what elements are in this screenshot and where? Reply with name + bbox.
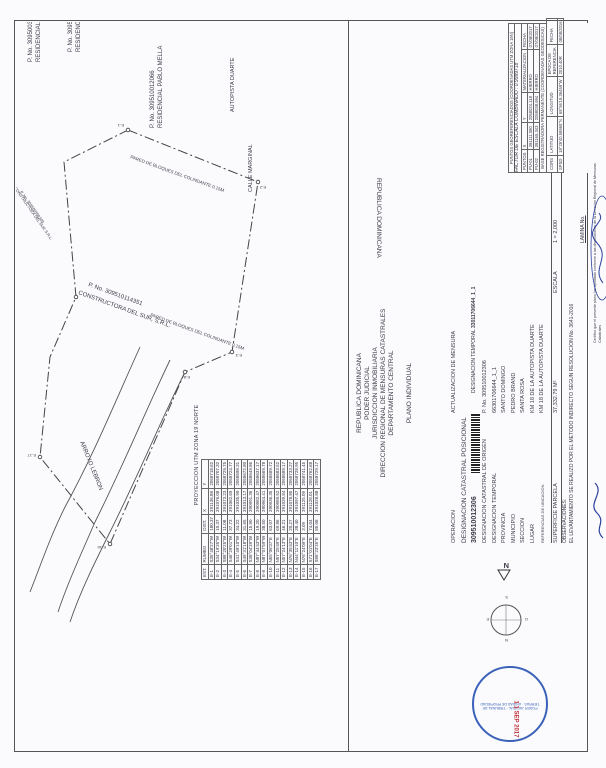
table-col-header: LONGITUD (546, 77, 557, 117)
table-row: PU-02391165.3432058038.694HIERRO07/08/20… (534, 24, 540, 173)
superficie-label: SUPERFICIE PARCELA (552, 413, 562, 543)
header-line-2: PODER JUDICIAL (364, 243, 372, 543)
table-cell: 2058038.694 (534, 93, 540, 123)
operation-value: ACTUALIZACION DE MENSURA (450, 331, 460, 413)
table-col-header: EPOCA DE REFERENCIA (546, 45, 557, 77)
table-cell: 2010.40R (558, 45, 564, 77)
road-label-autopista: AUTOPISTA DUARTE (230, 57, 236, 112)
neighbor-owner-n2: RESIDENCIAL PABLO MELLA (76, 22, 82, 52)
table-row: SPSD18°29'40.59965"N69°56'19.36459"W2010… (558, 19, 564, 173)
table-col-header: CORS (546, 155, 557, 172)
designacion-posicional-value: 309510012306 (470, 473, 480, 543)
signature-icon (593, 463, 606, 543)
compass-rose: N E S O (476, 590, 536, 650)
info-value-seccion: SANTA ROSA (519, 378, 529, 413)
header-line-4: DIRECCION REGIONAL DE MENSURAS CATASTRAL… (380, 243, 388, 543)
info-value-lugar: KM 18 DE LA AUTOPISTA DUARTE (529, 324, 539, 413)
base-title: BASE REGISTRADORA PERMANENTE (COORDENADA… (540, 23, 545, 173)
signature-left-scribble (593, 343, 606, 543)
lamina-label: LAMINA No. (580, 215, 587, 243)
vertex-label: E-1 (117, 123, 124, 128)
superficie-value: 37,332.79 M² (552, 293, 562, 413)
table-cell: 391165.343 (534, 123, 540, 150)
vertex-label: E-2 (259, 185, 266, 190)
svg-text:E: E (486, 617, 489, 622)
wall-label-south: PARED DE BLOQUES DEL COLINDANTE 0.15M (130, 154, 225, 193)
table-cell: 18°29'40.59965"N (558, 117, 564, 156)
neighbor-label-n2: P. No. 309500507873 (68, 22, 74, 52)
neighbor-owner-n5: CONSTRUCTORA DEL SUR S.R.L. (16, 186, 54, 241)
table-cell: PU-02 (534, 150, 540, 173)
designacion-posicional-label: DESIGNACION CATASTRAL POSICIONAL (460, 343, 470, 543)
stamp-ring-text: PODER JUDICIAL · TRIBUNAL DE TIERRAS · U… (478, 702, 542, 710)
official-seal-stamp: PODER JUDICIAL · TRIBUNAL DE TIERRAS · U… (472, 666, 548, 742)
vertex-label: E-17 (27, 453, 36, 458)
neighbor-owner-n3: RESIDENCIAL PABLO MELLA (36, 22, 42, 62)
designacion-temporal-value: 33011706644_1_1 (471, 287, 477, 328)
header-block: REPUBLICA DOMINICANA PODER JUDICIAL JURI… (356, 243, 456, 543)
vertex-label: E-8 (183, 375, 190, 380)
survey-plan-sheet: PODER JUDICIAL · TRIBUNAL DE TIERRAS · U… (0, 0, 606, 768)
info-label-temporal: DESIGNACION TEMPORAL (491, 413, 501, 543)
table-cell: 08/08/2016 (558, 19, 564, 45)
geo-points-block: PUNTOS GEOREFERENCIADOS (COORDENADAS UTM… (508, 23, 588, 173)
stream-label: ARROYO LEBRON (78, 441, 103, 492)
barcode (471, 413, 480, 473)
table-col-header: PUNTOS (521, 150, 527, 173)
plan-type: PLANO INDIVIDUAL (406, 243, 414, 543)
svg-text:N: N (505, 638, 508, 643)
north-label: N (504, 561, 509, 570)
scale-factor-label: FACTOR DE ESCALA COMBINADO (514, 90, 520, 172)
wall-label-north: PARED DE BLOQUES DEL COLINDANTE 0.15M (150, 312, 245, 351)
table-cell: 391111.080 (528, 123, 534, 150)
info-label-municipio: MUNICIPIO (510, 413, 520, 543)
geo-points-table: PUNTOSXYMATERIALIZACIONFECHAPU-01391111.… (521, 23, 541, 173)
table-col-header: FECHA (546, 19, 557, 45)
info-label-lugar: LUGAR (529, 413, 539, 543)
parcel-map: ARROYO LEBRON AUTOPISTA DUARTE CALLE MAR… (16, 22, 350, 752)
table-cell: 07/08/2017 (534, 24, 540, 50)
vertex-label: E-3 (235, 353, 242, 358)
base-table: CORSLATITUDLONGITUDEPOCA DE REFERENCIAFE… (546, 18, 565, 173)
info-value-municipio: PEDRO BRAND (510, 373, 520, 413)
designacion-temporal-label: DESIGNACION TEMPORAL (471, 329, 477, 393)
scale-factor-value: 0.9999718 (514, 63, 520, 87)
table-col-header: MATERIALIZACION (521, 50, 527, 93)
table-cell: 69°56'19.36459"W (558, 77, 564, 117)
operation-label: OPERACION (450, 413, 460, 543)
road-label-calle: CALLE MARGINAL (248, 144, 254, 192)
compass-icon: N E S O (476, 590, 536, 650)
table-header-row: CORSLATITUDLONGITUDEPOCA DE REFERENCIAFE… (546, 19, 557, 173)
info-value-referencias: KM 18 DE LA AUTOPISTA DUARTE (538, 324, 548, 413)
escala-value: 1 = 2,000 (552, 220, 562, 243)
info-label-seccion: SECCION (519, 413, 529, 543)
header-line-5: DEPARTAMENTO CENTRAL (388, 243, 396, 543)
info-value-origen: P. No. 309510012306 (481, 360, 491, 413)
info-value-provincia: SANTO DOMINGO (500, 366, 510, 413)
svg-text:O: O (525, 617, 528, 622)
table-cell: 2058024.118 (528, 93, 534, 123)
table-cell: SPSD (558, 155, 564, 172)
info-label-provincia: PROVINCIA (500, 413, 510, 543)
table-cell: 07/08/2017 (528, 24, 534, 50)
north-arrow: N (494, 556, 514, 582)
escala-label: ESCALA (552, 243, 562, 293)
table-col-header: LATITUD (546, 117, 557, 156)
info-label-origen: DESIGNACION CATASTRAL DE ORIGEN (481, 413, 491, 543)
header-line-1: REPUBLICA DOMINICANA (356, 243, 364, 543)
observaciones-text: EL LEVANTAMIENTO SE REALIZO POR EL METOD… (569, 283, 576, 543)
neighbor-label-n3: P. No. 309500395055 (28, 22, 34, 62)
header-line-3: JURISDICCION INMOBILIARIA (372, 243, 380, 543)
neighbor-owner-n1: RESIDENCIAL PABLO MELLA (158, 46, 164, 128)
neighbor-label-n1: P. No. 309510012066 (150, 70, 156, 128)
table-cell: HIERRO (534, 50, 540, 93)
info-label-referencias: REFERENCIAS DE UBICACION (538, 413, 548, 543)
vertex-label: E-16 (97, 545, 106, 550)
stamp-date: 1 1 SEP 2017 (513, 701, 519, 738)
signature-oval-icon (589, 193, 606, 303)
info-value-temporal: 66301706644_1_1 (491, 367, 501, 413)
svg-text:S: S (505, 595, 508, 600)
